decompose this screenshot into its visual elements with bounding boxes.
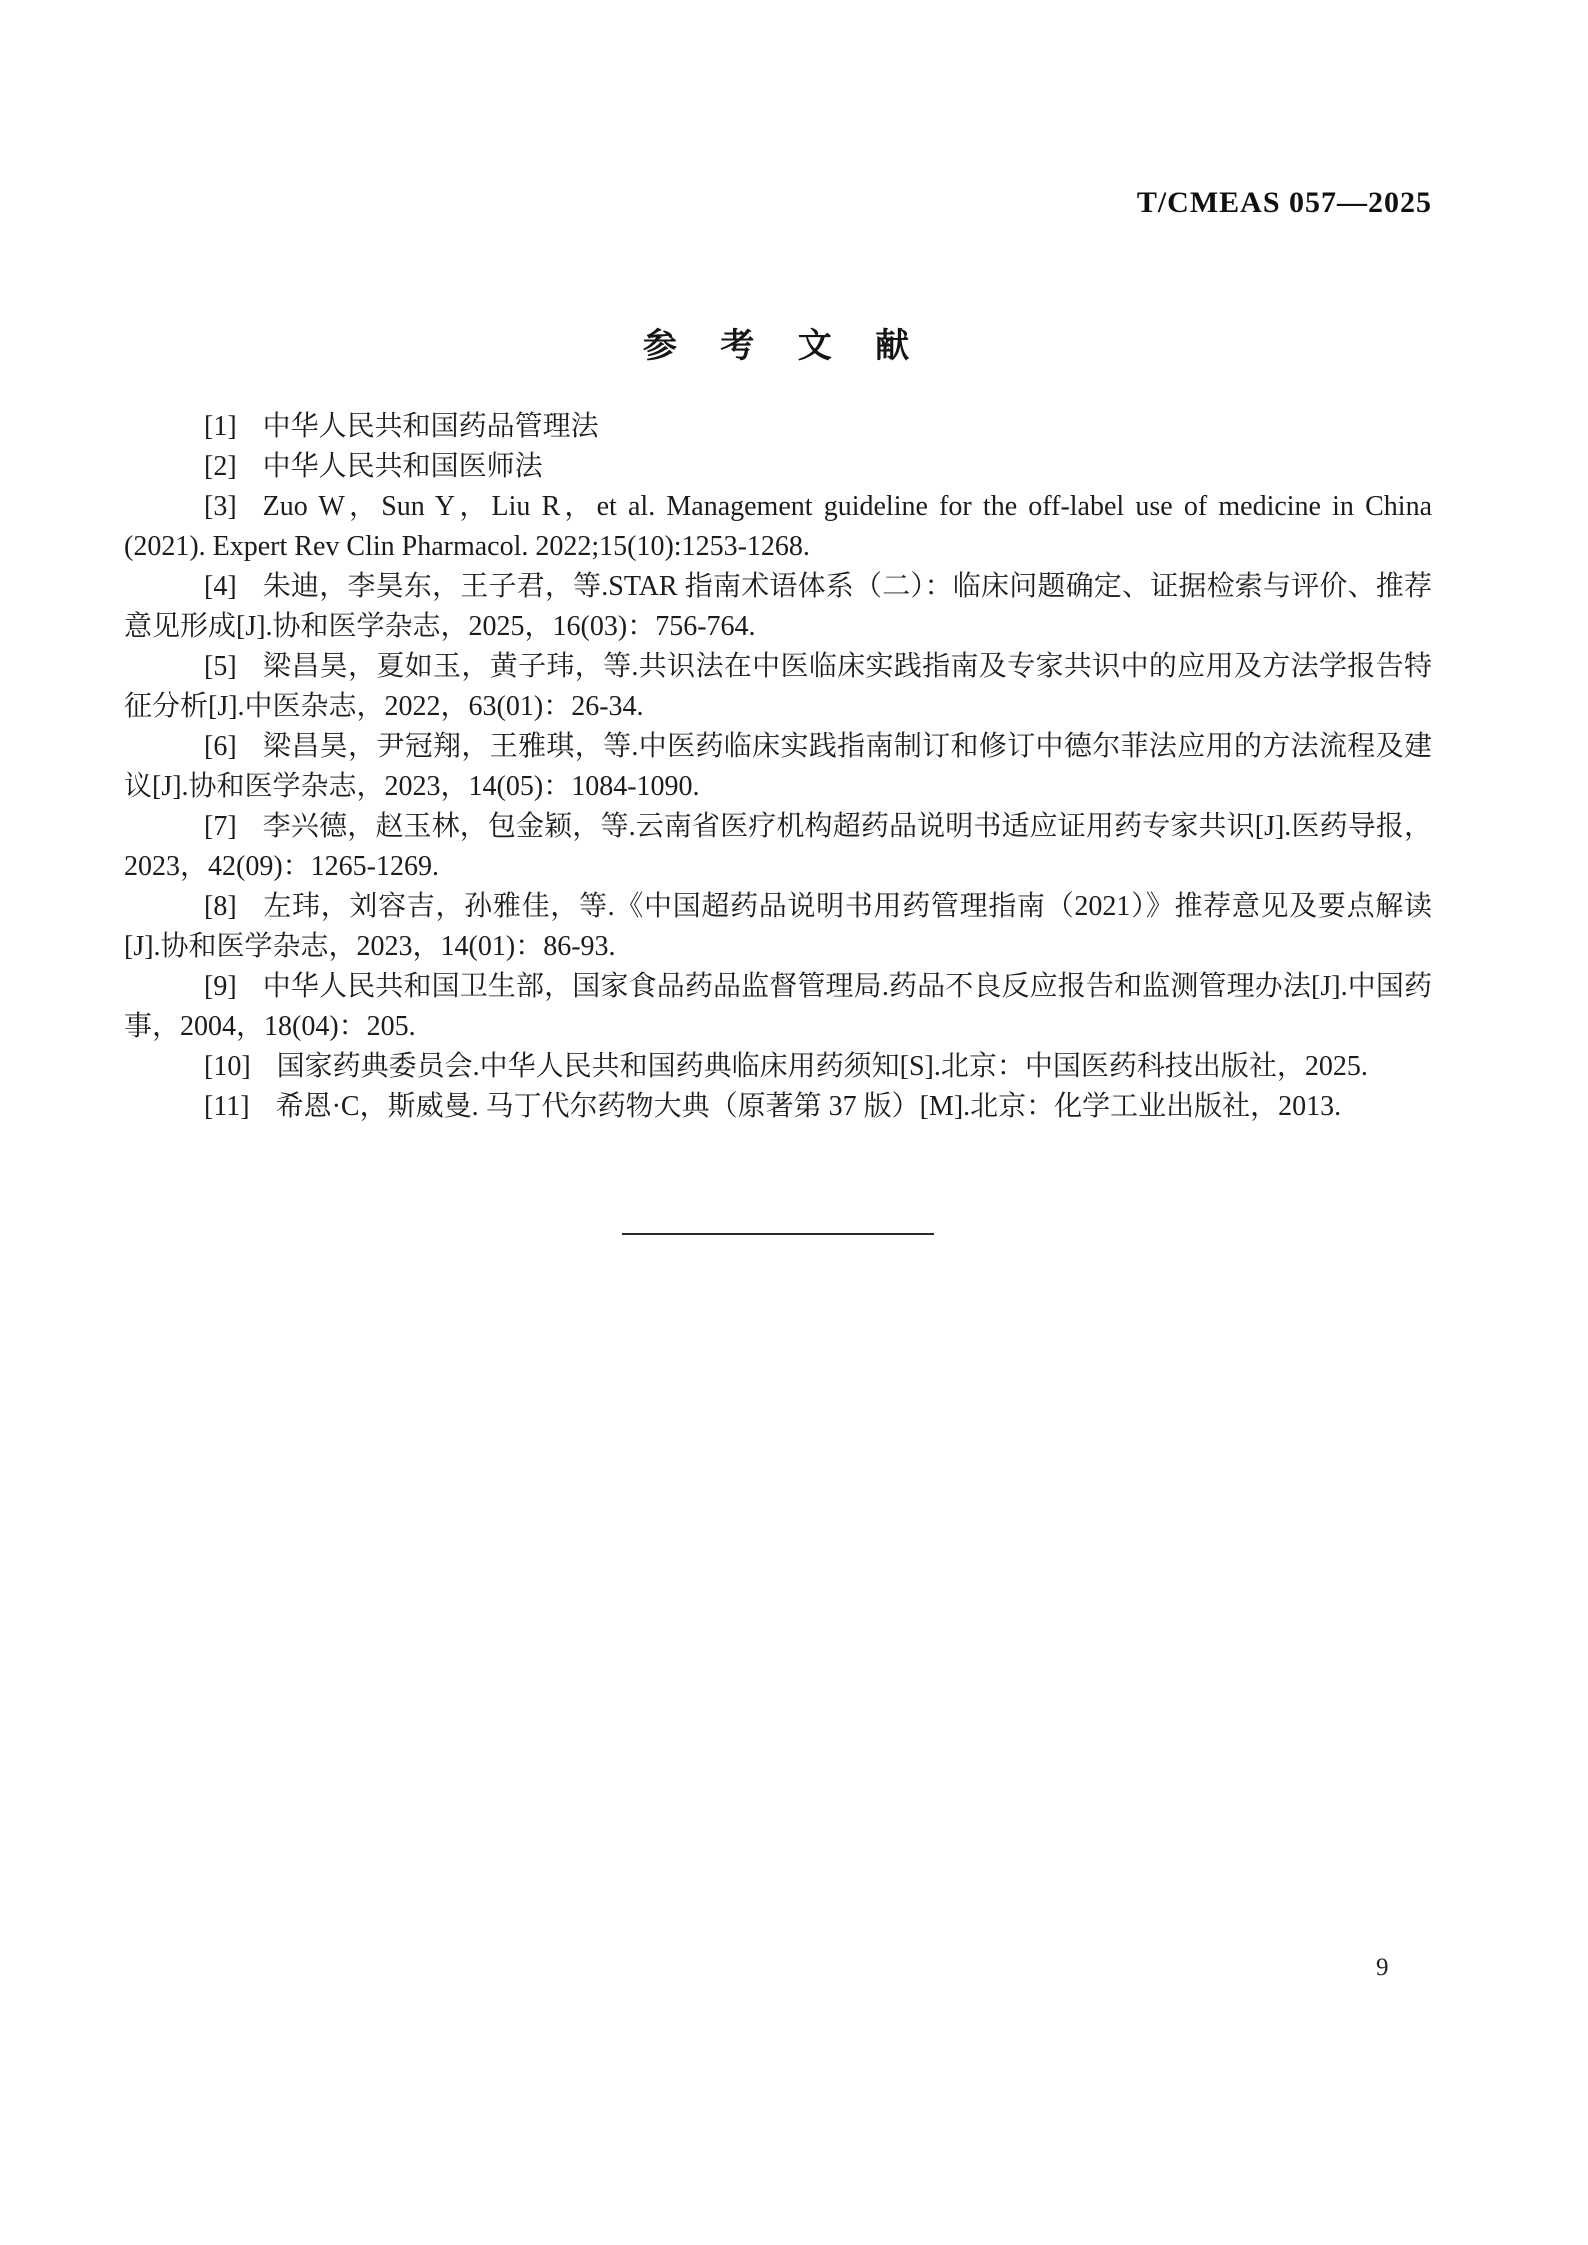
reference-text: 中华人民共和国卫生部，国家食品药品监督管理局.药品不良反应报告和监测管理办法[J… [124,971,1432,1042]
reference-item: [9]中华人民共和国卫生部，国家食品药品监督管理局.药品不良反应报告和监测管理办… [124,967,1432,1047]
page-content: 参 考 文 献 [1]中华人民共和国药品管理法 [2]中华人民共和国医师法 [3… [0,318,1588,1235]
reference-text: 朱迪，李昊东，王子君，等.STAR 指南术语体系（二）：临床问题确定、证据检索与… [124,571,1432,642]
reference-text: 梁昌昊，夏如玉，黄子玮，等.共识法在中医临床实践指南及专家共识中的应用及方法学报… [124,651,1432,722]
reference-text: 中华人民共和国药品管理法 [263,411,599,442]
standard-code: T/CMEAS 057—2025 [1137,186,1432,220]
reference-item: [2]中华人民共和国医师法 [124,447,1432,487]
page-title: 参 考 文 献 [124,318,1432,367]
reference-text: 李兴德，赵玉林，包金颖，等.云南省医疗机构超药品说明书适应证用药专家共识[J].… [124,811,1432,882]
reference-label: [5] [204,651,237,682]
reference-label: [2] [204,451,237,482]
reference-label: [6] [204,731,237,762]
reference-text: 左玮，刘容吉，孙雅佳，等.《中国超药品说明书用药管理指南（2021）》推荐意见及… [124,891,1432,962]
end-of-document-divider [622,1233,934,1235]
reference-item: [7]李兴德，赵玉林，包金颖，等.云南省医疗机构超药品说明书适应证用药专家共识[… [124,807,1432,887]
reference-label: [11] [204,1091,250,1122]
reference-label: [3] [204,491,237,522]
reference-item: [1]中华人民共和国药品管理法 [124,407,1432,447]
reference-item: [11]希恩·C，斯威曼. 马丁代尔药物大典（原著第 37 版）[M].北京：化… [124,1087,1432,1127]
reference-item: [4]朱迪，李昊东，王子君，等.STAR 指南术语体系（二）：临床问题确定、证据… [124,567,1432,647]
reference-label: [8] [204,891,237,922]
reference-item: [3]Zuo W，Sun Y，Liu R，et al. Management g… [124,487,1432,567]
page-number: 9 [1376,1954,1389,1982]
reference-item: [5]梁昌昊，夏如玉，黄子玮，等.共识法在中医临床实践指南及专家共识中的应用及方… [124,647,1432,727]
reference-label: [10] [204,1051,251,1082]
reference-item: [8]左玮，刘容吉，孙雅佳，等.《中国超药品说明书用药管理指南（2021）》推荐… [124,887,1432,967]
reference-text: 国家药典委员会.中华人民共和国药典临床用药须知[S].北京：中国医药科技出版社，… [277,1051,1368,1082]
reference-text: 梁昌昊，尹冠翔，王雅琪，等.中医药临床实践指南制订和修订中德尔菲法应用的方法流程… [124,731,1432,802]
reference-label: [9] [204,971,237,1002]
reference-text: 中华人民共和国医师法 [263,451,543,482]
reference-label: [7] [204,811,237,842]
reference-item: [6]梁昌昊，尹冠翔，王雅琪，等.中医药临床实践指南制订和修订中德尔菲法应用的方… [124,727,1432,807]
reference-label: [4] [204,571,237,602]
reference-text: 希恩·C，斯威曼. 马丁代尔药物大典（原著第 37 版）[M].北京：化学工业出… [276,1091,1342,1122]
reference-text: Zuo W，Sun Y，Liu R，et al. Management guid… [124,491,1432,562]
reference-item: [10]国家药典委员会.中华人民共和国药典临床用药须知[S].北京：中国医药科技… [124,1047,1432,1087]
reference-list: [1]中华人民共和国药品管理法 [2]中华人民共和国医师法 [3]Zuo W，S… [124,407,1432,1127]
document-page: T/CMEAS 057—2025 参 考 文 献 [1]中华人民共和国药品管理法… [0,0,1588,2245]
reference-label: [1] [204,411,237,442]
